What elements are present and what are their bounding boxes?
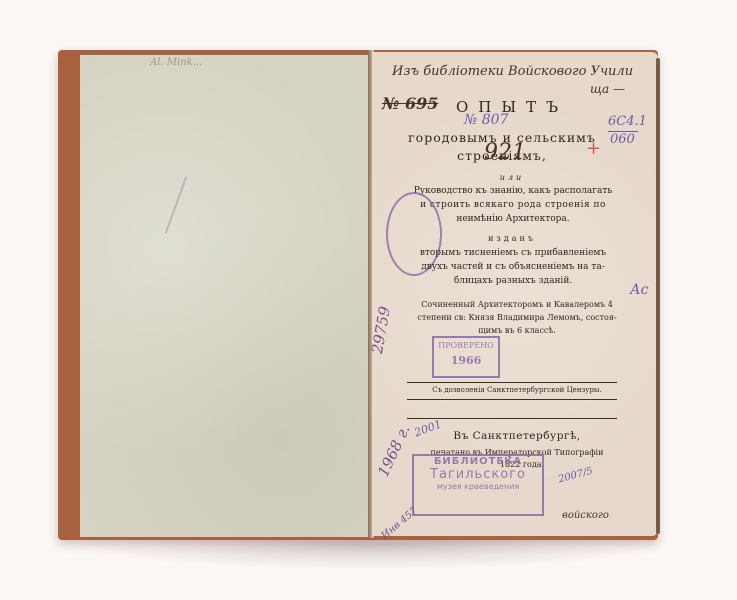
checked-stamp-label: ПРОВЕРЕНО <box>434 338 498 353</box>
title-page: Изъ библіотеки Войскового Учили ща — № 6… <box>372 52 658 536</box>
side-initials: Ас <box>630 282 648 298</box>
faint-inscription: Al. Mink... <box>150 57 202 68</box>
pencil-mark <box>165 176 187 233</box>
author-line-2: степени св: Князя Владимира Лемомъ, сост… <box>382 313 652 322</box>
rule-top <box>407 382 617 383</box>
author-line-1: Сочиненный Архитекторомъ и Кавалеромъ 4 <box>382 300 652 309</box>
checked-stamp-year: 1966 <box>434 353 498 368</box>
red-plus-mark: + <box>586 138 601 159</box>
rule-middle <box>407 399 617 400</box>
book-title: ОПЫТЪ <box>432 98 592 116</box>
big-handwritten-number: 921 <box>484 140 526 165</box>
edition-line-3: блицахъ разныхъ зданій. <box>378 276 648 286</box>
author-line-3: щимъ въ 6 классѣ. <box>382 326 652 335</box>
tagil-museum-library-stamp: БИБЛИОТЕКА Тагильского музея краеведения <box>412 454 544 516</box>
handwritten-library-note: Изъ библіотеки Войскового Учили <box>392 64 633 79</box>
or-label: или <box>382 173 642 182</box>
side-inventory-number: 29759 <box>368 305 394 355</box>
library-stamp-line-3: музея краеведения <box>414 482 542 491</box>
checked-stamp: ПРОВЕРЕНО 1966 <box>432 336 500 378</box>
city-line: Въ Санктпетербургѣ, <box>382 430 652 442</box>
censorship-note: Съ дозволенія Санктпетербургской Цензуры… <box>392 386 642 394</box>
library-stamp-line-1: БИБЛИОТЕКА <box>414 456 542 467</box>
published-label: изданъ <box>382 234 642 243</box>
handwritten-number: № 695 <box>382 94 438 113</box>
edition-line-2: двухъ частей и съ объясненіемъ на та- <box>378 262 648 272</box>
blue-number: № 807 <box>464 112 508 128</box>
left-endpaper: Al. Mink... <box>80 55 370 537</box>
page-block-edge <box>656 58 660 534</box>
edition-line-1: вторымъ тисненіемъ съ прибавленіемъ <box>378 248 648 258</box>
shelfmark-top: 6С4.1 <box>608 114 647 129</box>
library-stamp-line-2: Тагильского <box>414 467 542 482</box>
handwritten-library-note-cont: ща — <box>590 82 625 96</box>
bottom-signature: войского <box>562 510 609 521</box>
